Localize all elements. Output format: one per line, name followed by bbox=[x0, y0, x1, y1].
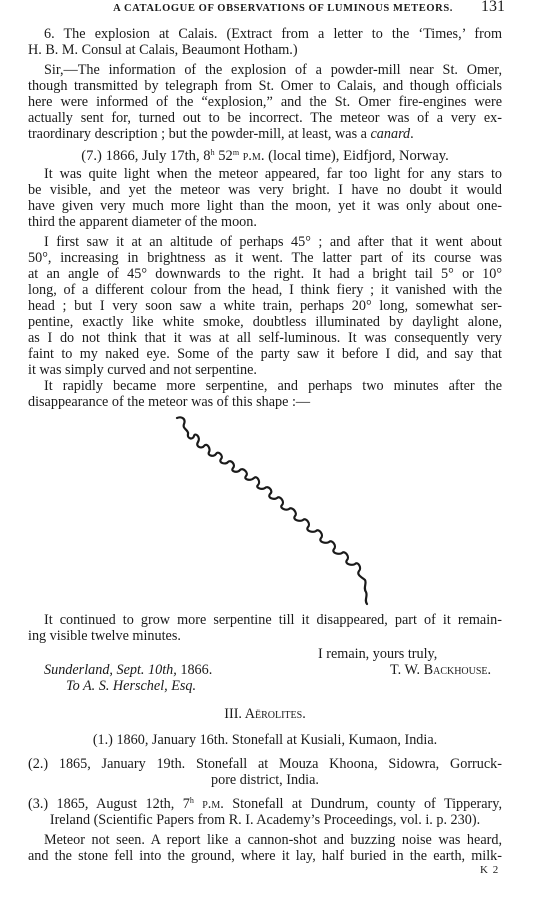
running-title: A Catalogue of Observations of Luminous … bbox=[113, 3, 453, 14]
entry-heading: (2.) 1865, January 19th. Stonefall at Mo… bbox=[28, 756, 502, 772]
signature-mark: K 2 bbox=[480, 864, 499, 876]
text-line: at an angle of 45° downwards to the righ… bbox=[28, 266, 502, 282]
text-line: ing visible twelve minutes. bbox=[28, 628, 502, 644]
serpentine-line-icon bbox=[170, 410, 380, 615]
text-line: as I do not think that it was at all sel… bbox=[28, 330, 502, 346]
text-line: H. B. M. Consul at Calais, Beaumont Hoth… bbox=[28, 42, 502, 58]
text-line: it was simply curved and not serpentine. bbox=[28, 362, 502, 378]
text-line: It continued to grow more serpentine til… bbox=[44, 612, 502, 628]
text-line: here were informed of the “explosion,” a… bbox=[28, 94, 502, 110]
text-line: Sir,—The information of the explosion of… bbox=[44, 62, 502, 78]
running-header: A Catalogue of Observations of Luminous … bbox=[0, 0, 505, 16]
text-line: It rapidly became more serpentine, and p… bbox=[44, 378, 502, 394]
text-line: It was quite light when the meteor appea… bbox=[44, 166, 502, 182]
addressee: To A. S. Herschel, Esq. bbox=[66, 678, 196, 694]
text-line: third the apparent diameter of the moon. bbox=[28, 214, 502, 230]
serpentine-train-figure bbox=[170, 410, 380, 615]
entry-heading: pore district, India. bbox=[28, 772, 502, 788]
place-date: Sunderland, Sept. 10th, 1866. bbox=[44, 662, 212, 678]
page-number: 131 bbox=[481, 0, 505, 15]
text-line: I first saw it at an altitude of perhaps… bbox=[44, 234, 502, 250]
text-line: long, of a different colour from the hea… bbox=[28, 282, 502, 298]
text-line: head ; but I very soon saw a white train… bbox=[28, 298, 502, 314]
text-line: traordinary description ; but the powder… bbox=[28, 126, 502, 142]
closing-line: I remain, yours truly, bbox=[318, 646, 437, 662]
entry-heading: (3.) 1865, August 12th, 7h p.m. Stonefal… bbox=[28, 796, 502, 812]
entry-heading: (7.) 1866, July 17th, 8h 52m p.m. (local… bbox=[28, 148, 502, 164]
text-line: have given very much more light than the… bbox=[28, 198, 502, 214]
signature: T. W. Backhouse. bbox=[390, 662, 491, 678]
text-line: actually sent for, turned out to be inco… bbox=[28, 110, 502, 126]
entry-heading: Ireland (Scientific Papers from R. I. Ac… bbox=[28, 812, 502, 828]
text-line: 6. The explosion at Calais. (Extract fro… bbox=[44, 26, 502, 42]
canard-italic: canard bbox=[370, 126, 410, 142]
text-line: and the stone fell into the ground, wher… bbox=[28, 848, 502, 864]
text-line: 50°, increasing in brightness as it went… bbox=[28, 250, 502, 266]
text-line: pentine, exactly like white smoke, doubt… bbox=[28, 314, 502, 330]
text-line: faint to my naked eye. Some of the party… bbox=[28, 346, 502, 362]
text-line: disappearance of the meteor was of this … bbox=[28, 394, 502, 410]
entry-heading: (1.) 1860, January 16th. Stonefall at Ku… bbox=[28, 732, 502, 748]
text-line: though transmitted by telegraph from St.… bbox=[28, 78, 502, 94]
section-title: III. Aërolites. bbox=[28, 706, 502, 722]
text-line: be visible, and yet the meteor was very … bbox=[28, 182, 502, 198]
text-line: Meteor not seen. A report like a cannon-… bbox=[44, 832, 502, 848]
